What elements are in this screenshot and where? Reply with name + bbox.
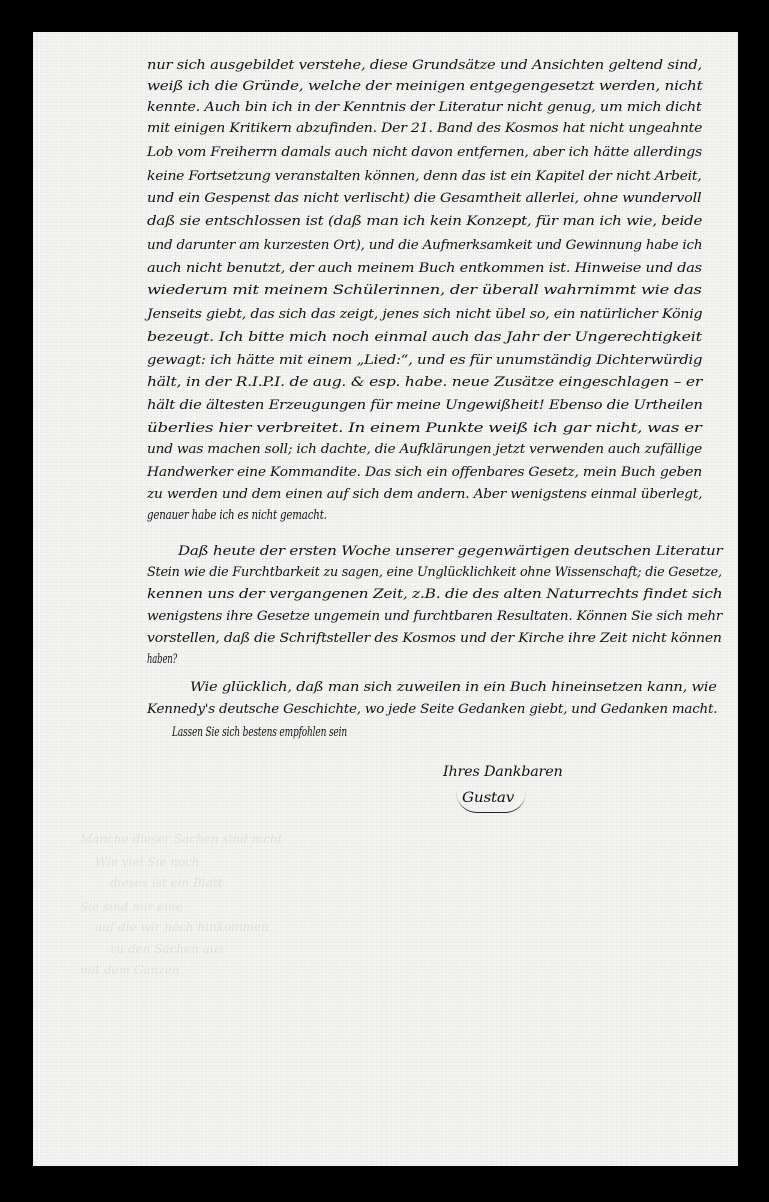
paragraph-2-line: haben? xyxy=(147,652,177,667)
paragraph-1-line: bezeugt. Ich bitte mich noch einmal auch… xyxy=(147,330,702,345)
bleed-through-text: Manche dieser Sachen sind nicht xyxy=(80,832,283,846)
paragraph-1-line: nur sich ausgebildet verstehe, diese Gru… xyxy=(147,58,702,73)
paragraph-2-line: vorstellen, daß die Schriftsteller des K… xyxy=(147,631,722,646)
paragraph-2-line: Daß heute der ersten Woche unserer gegen… xyxy=(178,544,722,559)
paragraph-2-line: Stein wie die Furchtbarkeit zu sagen, ei… xyxy=(147,565,722,580)
paragraph-1-line: hält die ältesten Erzeugungen für meine … xyxy=(147,398,703,413)
paragraph-1-line: hält, in der R.I.P.I. de aug. & esp. hab… xyxy=(147,375,702,390)
paragraph-1-line: überlies hier verbreitet. In einem Punkt… xyxy=(147,421,702,436)
paragraph-1-line: Jenseits giebt, das sich das zeigt, jene… xyxy=(147,307,702,322)
paragraph-3-line: Lassen Sie sich bestens empfohlen sein xyxy=(172,725,347,740)
closing-salutation: Ihres Dankbaren xyxy=(443,764,563,780)
paragraph-3-line: Wie glücklich, daß man sich zuweilen in … xyxy=(190,680,717,695)
bleed-through-text: zu den Sachen aus xyxy=(110,942,224,956)
letter-page: nur sich ausgebildet verstehe, diese Gru… xyxy=(33,32,738,1166)
paragraph-1-line: weiß ich die Gründe, welche der meinigen… xyxy=(147,79,702,94)
paragraph-1-line: keine Fortsetzung veranstalten können, d… xyxy=(147,169,701,184)
paragraph-2-line: wenigstens ihre Gesetze ungemein und fur… xyxy=(147,609,722,624)
paragraph-1-line: daß sie entschlossen ist (daß man ich ke… xyxy=(147,214,702,229)
paragraph-1-line: kennte. Auch bin ich in der Kenntnis der… xyxy=(147,100,702,115)
paragraph-1-line: und ein Gespenst das nicht verlischt) di… xyxy=(147,191,701,206)
signature-flourish xyxy=(456,792,526,813)
bleed-through-text: auf die wir noch hinkommen xyxy=(95,920,269,934)
paragraph-1-line: auch nicht benutzt, der auch meinem Buch… xyxy=(147,261,702,276)
paragraph-1-line: zu werden und dem einen auf sich dem and… xyxy=(147,487,702,502)
paragraph-1-line: wiederum mit meinem Schülerinnen, der üb… xyxy=(147,283,702,298)
bleed-through-text: dieses ist ein Blatt xyxy=(110,876,222,890)
paragraph-1-line: Handwerker eine Kommandite. Das sich ein… xyxy=(147,465,702,480)
paragraph-1-line: Lob vom Freiherrn damals auch nicht davo… xyxy=(147,145,702,160)
paragraph-1-line: gewagt: ich hätte mit einem „Lied:“, und… xyxy=(147,353,702,368)
paragraph-3-line: Kennedy's deutsche Geschichte, wo jede S… xyxy=(147,702,717,717)
bleed-through-text: Wie viel Sie noch xyxy=(95,855,200,869)
bleed-through-text: mit dem Ganzen xyxy=(80,963,179,977)
paragraph-1-line: mit einigen Kritikern abzufinden. Der 21… xyxy=(147,121,702,136)
paragraph-1-line: und darunter am kurzesten Ort), und die … xyxy=(147,238,702,253)
paragraph-2-line: kennen uns der vergangenen Zeit, z.B. di… xyxy=(147,587,722,602)
paragraph-1-line: genauer habe ich es nicht gemacht. xyxy=(147,508,327,523)
bleed-through-text: Sie sind mir eine xyxy=(80,900,183,914)
paragraph-1-line: und was machen soll; ich dachte, die Auf… xyxy=(147,442,702,457)
